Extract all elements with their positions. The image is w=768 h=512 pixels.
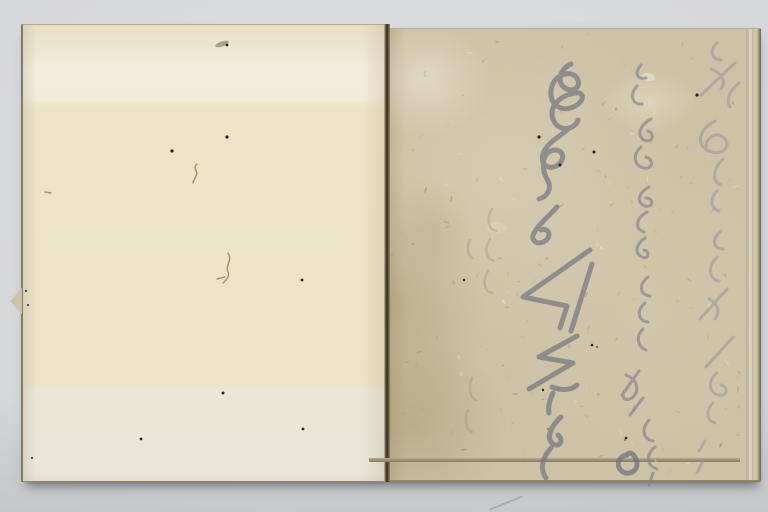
left-page-blank xyxy=(21,24,384,482)
book-spread xyxy=(21,24,761,482)
fore-edge-page-layers xyxy=(746,29,761,480)
right-page-cover xyxy=(390,28,761,482)
photograph xyxy=(0,0,768,512)
bottom-page-block-edge xyxy=(369,458,740,462)
